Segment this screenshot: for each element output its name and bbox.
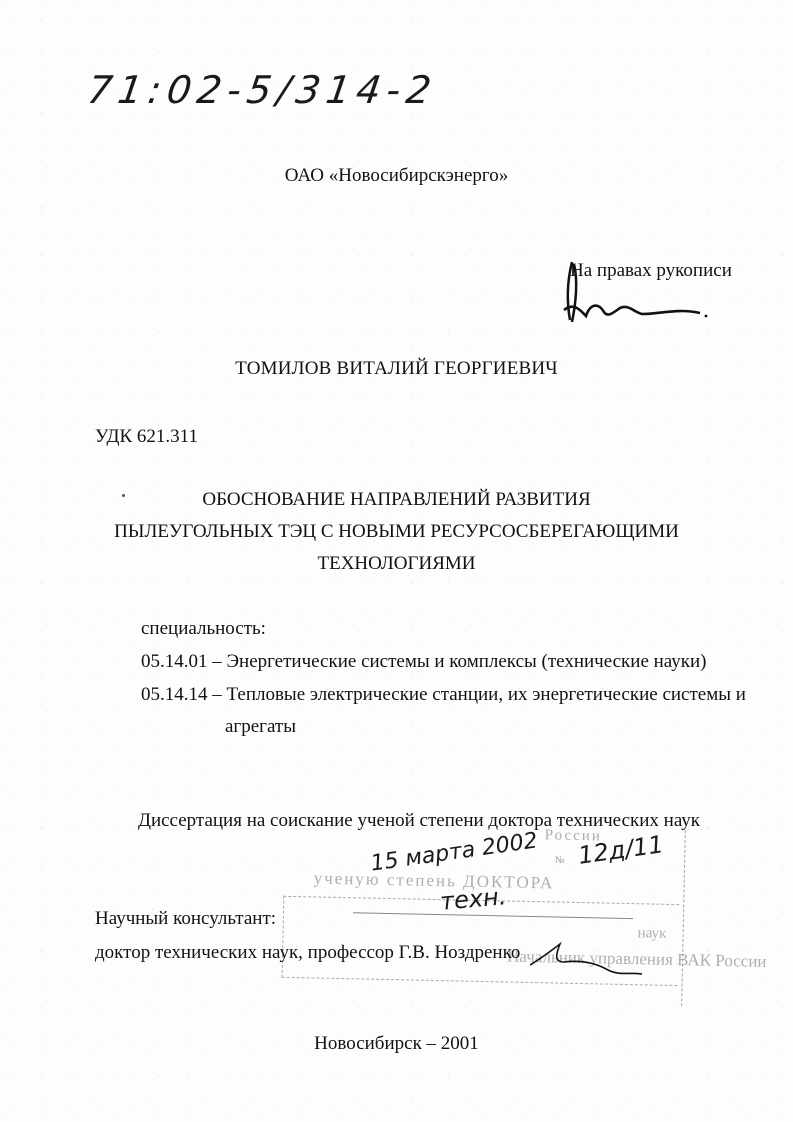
- consultant-label: Научный консультант:: [95, 908, 276, 930]
- author-name: ТОМИЛОВ ВИТАЛИЙ ГЕОРГИЕВИЧ: [0, 358, 793, 380]
- specialty-separator: –: [208, 684, 227, 705]
- consultant-name: доктор технических наук, профессор Г.В. …: [95, 942, 520, 964]
- author-signature-icon: [560, 258, 710, 333]
- specialty-name: Тепловые электрические станции, их энерг…: [227, 684, 746, 705]
- title-line: ТЕХНОЛОГИЯМИ: [0, 548, 793, 580]
- stamp-middle-text: ученую степень ДОКТОРА: [313, 868, 554, 893]
- specialty-code: 05.14.01: [141, 651, 208, 673]
- specialty-code: 05.14.14: [141, 684, 208, 706]
- organization-name: ОАО «Новосибирскэнерго»: [0, 165, 793, 187]
- specialty-continuation: агрегаты: [225, 716, 296, 738]
- city-year: Новосибирск – 2001: [0, 1033, 793, 1055]
- specialty-item: 05.14.01 – Энергетические системы и комп…: [141, 651, 707, 673]
- specialty-label: специальность:: [141, 618, 266, 640]
- title-line: ПЫЛЕУГОЛЬНЫХ ТЭЦ С НОВЫМИ РЕСУРСОСБЕРЕГА…: [0, 516, 793, 548]
- specialty-name: Энергетические системы и комплексы (техн…: [227, 651, 707, 672]
- degree-statement: Диссертация на соискание ученой степени …: [138, 810, 700, 832]
- archive-number: 71:02-5/314-2: [85, 68, 440, 112]
- specialty-separator: –: [208, 651, 227, 672]
- stamp-signature-icon: [530, 940, 670, 980]
- stamp-number-label: №: [555, 855, 565, 866]
- udc-code: УДК 621.311: [95, 426, 198, 448]
- specialty-item: 05.14.14 – Тепловые электрические станци…: [141, 684, 746, 706]
- stamp-handwritten-field: техн.: [439, 882, 507, 916]
- title-line: ОБОСНОВАНИЕ НАПРАВЛЕНИЙ РАЗВИТИЯ: [0, 484, 793, 516]
- dissertation-title: ОБОСНОВАНИЕ НАПРАВЛЕНИЙ РАЗВИТИЯ ПЫЛЕУГО…: [0, 484, 793, 580]
